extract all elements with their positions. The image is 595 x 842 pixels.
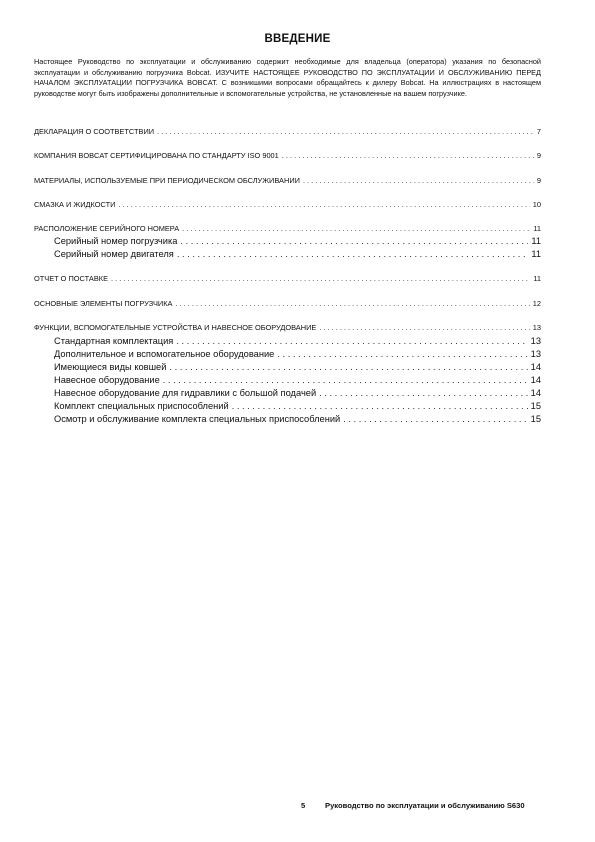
toc-entry-page: 13 <box>533 323 541 332</box>
toc-entry-label: Серийный номер погрузчика <box>54 236 177 246</box>
toc-entry-label: ДЕКЛАРАЦИЯ О СООТВЕТСТВИИ <box>34 127 154 136</box>
toc-entry[interactable]: Дополнительное и вспомогательное оборудо… <box>34 349 541 359</box>
footer-manual-title: Руководство по эксплуатации и обслуживан… <box>325 801 525 810</box>
toc-entry-label: РАСПОЛОЖЕНИЕ СЕРИЙНОГО НОМЕРА <box>34 224 179 233</box>
toc-entry-page: 11 <box>531 249 541 259</box>
toc-entry[interactable]: ФУНКЦИИ, ВСПОМОГАТЕЛЬНЫЕ УСТРОЙСТВА И НА… <box>34 323 541 332</box>
toc-entry-label: КОМПАНИЯ BOBCAT СЕРТИФИЦИРОВАНА ПО СТАНД… <box>34 151 279 160</box>
page-footer: 5Руководство по эксплуатации и обслужива… <box>301 801 525 810</box>
toc-entry-label: СМАЗКА И ЖИДКОСТИ <box>34 200 115 209</box>
intro-paragraph: Настоящее Руководство по эксплуатации и … <box>34 57 541 99</box>
toc-entry-page: 13 <box>531 336 541 346</box>
toc-entry[interactable]: Комплект специальных приспособлений15 <box>34 401 541 411</box>
toc-entry[interactable]: КОМПАНИЯ BOBCAT СЕРТИФИЦИРОВАНА ПО СТАНД… <box>34 151 541 160</box>
toc-leader-dots <box>303 176 534 185</box>
toc-entry-label: ОСНОВНЫЕ ЭЛЕМЕНТЫ ПОГРУЗЧИКА <box>34 299 172 308</box>
toc-entry-label: Дополнительное и вспомогательное оборудо… <box>54 349 274 359</box>
toc-entry[interactable]: Стандартная комплектация13 <box>34 336 541 346</box>
toc-entry-page: 14 <box>531 375 541 385</box>
toc-entry[interactable]: МАТЕРИАЛЫ, ИСПОЛЬЗУЕМЫЕ ПРИ ПЕРИОДИЧЕСКО… <box>34 176 541 185</box>
toc-leader-dots <box>277 349 527 359</box>
toc-entry-label: ФУНКЦИИ, ВСПОМОГАТЕЛЬНЫЕ УСТРОЙСТВА И НА… <box>34 323 316 332</box>
page-title: ВВЕДЕНИЕ <box>0 33 595 45</box>
toc-entry-page: 15 <box>531 414 541 424</box>
toc-entry-page: 12 <box>533 299 541 308</box>
toc-leader-dots <box>319 388 528 398</box>
toc-entry-label: Комплект специальных приспособлений <box>54 401 229 411</box>
toc-entry[interactable]: ДЕКЛАРАЦИЯ О СООТВЕТСТВИИ7 <box>34 127 541 136</box>
toc-entry[interactable]: Осмотр и обслуживание комплекта специаль… <box>34 414 541 424</box>
toc-entry-page: 11 <box>533 274 541 283</box>
toc-leader-dots <box>182 224 530 233</box>
toc-entry-label: Серийный номер двигателя <box>54 249 174 259</box>
toc-entry-label: Осмотр и обслуживание комплекта специаль… <box>54 414 340 424</box>
toc-entry[interactable]: ОСНОВНЫЕ ЭЛЕМЕНТЫ ПОГРУЗЧИКА12 <box>34 299 541 308</box>
toc-leader-dots <box>232 401 528 411</box>
toc-entry-page: 7 <box>537 127 541 136</box>
toc-entry[interactable]: Навесное оборудование14 <box>34 375 541 385</box>
toc-entry-page: 9 <box>537 151 541 160</box>
toc-entry-page: 13 <box>531 349 541 359</box>
toc-leader-dots <box>118 200 529 209</box>
toc-entry-label: Стандартная комплектация <box>54 336 173 346</box>
toc-leader-dots <box>282 151 534 160</box>
toc-leader-dots <box>319 323 529 332</box>
toc-entry-page: 9 <box>537 176 541 185</box>
toc-entry-page: 11 <box>531 236 541 246</box>
toc-entry-page: 15 <box>531 401 541 411</box>
toc-entry[interactable]: Навесное оборудование для гидравлики с б… <box>34 388 541 398</box>
toc-leader-dots <box>176 336 527 346</box>
toc-leader-dots <box>163 375 528 385</box>
toc-entry-label: Имеющиеся виды ковшей <box>54 362 166 372</box>
toc-leader-dots <box>175 299 529 308</box>
toc-leader-dots <box>343 414 527 424</box>
footer-page-number: 5 <box>301 801 325 810</box>
toc-entry-page: 10 <box>533 200 541 209</box>
toc-entry[interactable]: Имеющиеся виды ковшей14 <box>34 362 541 372</box>
toc-entry[interactable]: СМАЗКА И ЖИДКОСТИ10 <box>34 200 541 209</box>
toc-entry-label: ОТЧЕТ О ПОСТАВКЕ <box>34 274 108 283</box>
toc-entry[interactable]: РАСПОЛОЖЕНИЕ СЕРИЙНОГО НОМЕРА11 <box>34 224 541 233</box>
toc-entry-page: 14 <box>531 362 541 372</box>
toc-leader-dots <box>177 249 529 259</box>
toc-entry[interactable]: ОТЧЕТ О ПОСТАВКЕ11 <box>34 274 541 283</box>
toc-entry[interactable]: Серийный номер погрузчика11 <box>34 236 541 246</box>
toc-entry-page: 11 <box>533 224 541 233</box>
toc-entry-page: 14 <box>531 388 541 398</box>
toc-entry-label: Навесное оборудование для гидравлики с б… <box>54 388 316 398</box>
toc-leader-dots <box>180 236 528 246</box>
toc-leader-dots <box>111 274 530 283</box>
toc-leader-dots <box>169 362 527 372</box>
toc-entry-label: Навесное оборудование <box>54 375 160 385</box>
toc-entry-label: МАТЕРИАЛЫ, ИСПОЛЬЗУЕМЫЕ ПРИ ПЕРИОДИЧЕСКО… <box>34 176 300 185</box>
toc-leader-dots <box>157 127 534 136</box>
toc-entry[interactable]: Серийный номер двигателя11 <box>34 249 541 259</box>
